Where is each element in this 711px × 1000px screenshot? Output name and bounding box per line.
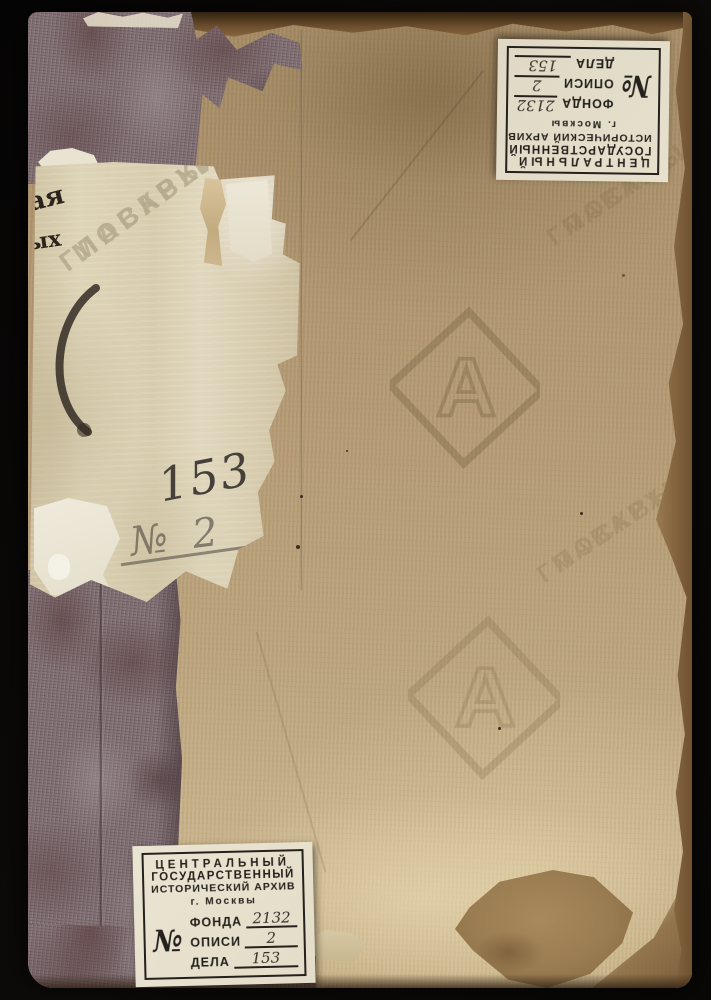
stamp-city-line: г. Москвы xyxy=(514,117,652,130)
stain-speck xyxy=(346,450,348,452)
logo-letter: А xyxy=(455,650,515,744)
ink-stroke-icon xyxy=(38,280,110,458)
stamp-fields: № ФОНДА 2132 ОПИСИ 2 ДЕЛА 153 xyxy=(151,910,298,971)
stamp-row-delo: ДЕЛА 153 xyxy=(191,950,299,970)
white-paint-spot xyxy=(48,554,70,580)
field-label: ФОНДА xyxy=(561,96,614,111)
torn-white-flap xyxy=(34,498,120,600)
tape-residue xyxy=(200,178,226,266)
archive-logo-stamp-lower: А xyxy=(408,603,560,785)
handwritten-value: 2132 xyxy=(514,95,557,113)
stamp-border: ЦЕНТРАЛЬНЫЙ ГОСУДАРСТВЕННЫЙ ИСТОРИЧЕСКИЙ… xyxy=(505,46,661,175)
field-label: ФОНДА xyxy=(190,915,243,930)
stamp-rows: ФОНДА 2132 ОПИСИ 2 ДЕЛА 153 xyxy=(190,910,299,970)
photo-stage: ГЛАВАРХИВ МОСКВЫ ГЛАВАРХИВ МОСКВЫ А А xyxy=(0,0,711,1000)
book-cover: ГЛАВАРХИВ МОСКВЫ ГЛАВАРХИВ МОСКВЫ А А xyxy=(28,12,692,988)
diamond-logo-icon: А xyxy=(390,295,540,473)
handwritten-value: 153 xyxy=(234,950,299,969)
worn-bottom-edge xyxy=(28,974,692,988)
vertical-crease xyxy=(300,30,303,590)
diamond-logo-icon: А xyxy=(408,603,560,785)
handwritten-value: 153 xyxy=(515,55,572,73)
stamp-title-line: ЦЕНТРАЛЬНЫЙ xyxy=(513,154,651,168)
stamp-rows: ФОНДА 2132 ОПИСИ 2 ДЕЛА 153 xyxy=(514,55,614,113)
stain-speck xyxy=(296,545,300,549)
field-label: ОПИСИ xyxy=(563,76,614,91)
stamp-fields: № ФОНДА 2132 ОПИСИ 2 ДЕЛА 153 xyxy=(514,55,653,114)
ink-curve-mark xyxy=(38,280,110,458)
stamp-border: ЦЕНТРАЛЬНЫЙ ГОСУДАРСТВЕННЫЙ ИСТОРИЧЕСКИЙ… xyxy=(141,849,306,980)
handwritten-value: 2 xyxy=(245,930,298,948)
handwritten-value: 2 xyxy=(514,75,559,93)
numero-sign: № xyxy=(153,924,183,960)
stamp-title-line: ИСТОРИЧЕСКИЙ АРХИВ xyxy=(150,880,296,896)
stain-speck xyxy=(300,495,303,498)
stamp-row-delo: ДЕЛА 153 xyxy=(515,55,615,73)
archive-stamp-bottom: ЦЕНТРАЛЬНЫЙ ГОСУДАРСТВЕННЫЙ ИСТОРИЧЕСКИЙ… xyxy=(132,842,315,987)
field-label: ОПИСИ xyxy=(190,935,241,950)
handwritten-value: 2132 xyxy=(246,910,297,928)
stain-speck xyxy=(622,274,625,277)
stain-speck xyxy=(498,727,501,730)
stamp-row-opis: ОПИСИ 2 xyxy=(514,75,614,93)
archive-logo-stamp-upper: А xyxy=(390,295,540,473)
stamp-row-fond: ФОНДА 2132 xyxy=(514,95,614,113)
stamp-city-line: г. Москвы xyxy=(151,894,297,909)
stamp-row-opis: ОПИСИ 2 xyxy=(190,930,298,950)
stain-speck xyxy=(580,512,583,515)
numero-sign: № xyxy=(621,68,651,103)
handwritten-case-number: 153 xyxy=(154,442,256,513)
stamp-row-fond: ФОНДА 2132 xyxy=(190,910,298,930)
stamp-title-line: ИСТОРИЧЕСКИЙ АРХИВ xyxy=(514,130,652,144)
field-label: ДЕЛА xyxy=(191,955,230,970)
paper-patch xyxy=(226,180,272,262)
archive-stamp-top: ЦЕНТРАЛЬНЫЙ ГОСУДАРСТВЕННЫЙ ИСТОРИЧЕСКИЙ… xyxy=(496,39,670,182)
watermark-text-on-label: ГЛАВАРХИВ МОСКВЫ xyxy=(54,149,216,278)
stamp-title-line: ГОСУДАРСТВЕННЫЙ xyxy=(513,142,651,156)
field-label: ДЕЛА xyxy=(575,56,614,71)
logo-letter: А xyxy=(436,341,496,433)
